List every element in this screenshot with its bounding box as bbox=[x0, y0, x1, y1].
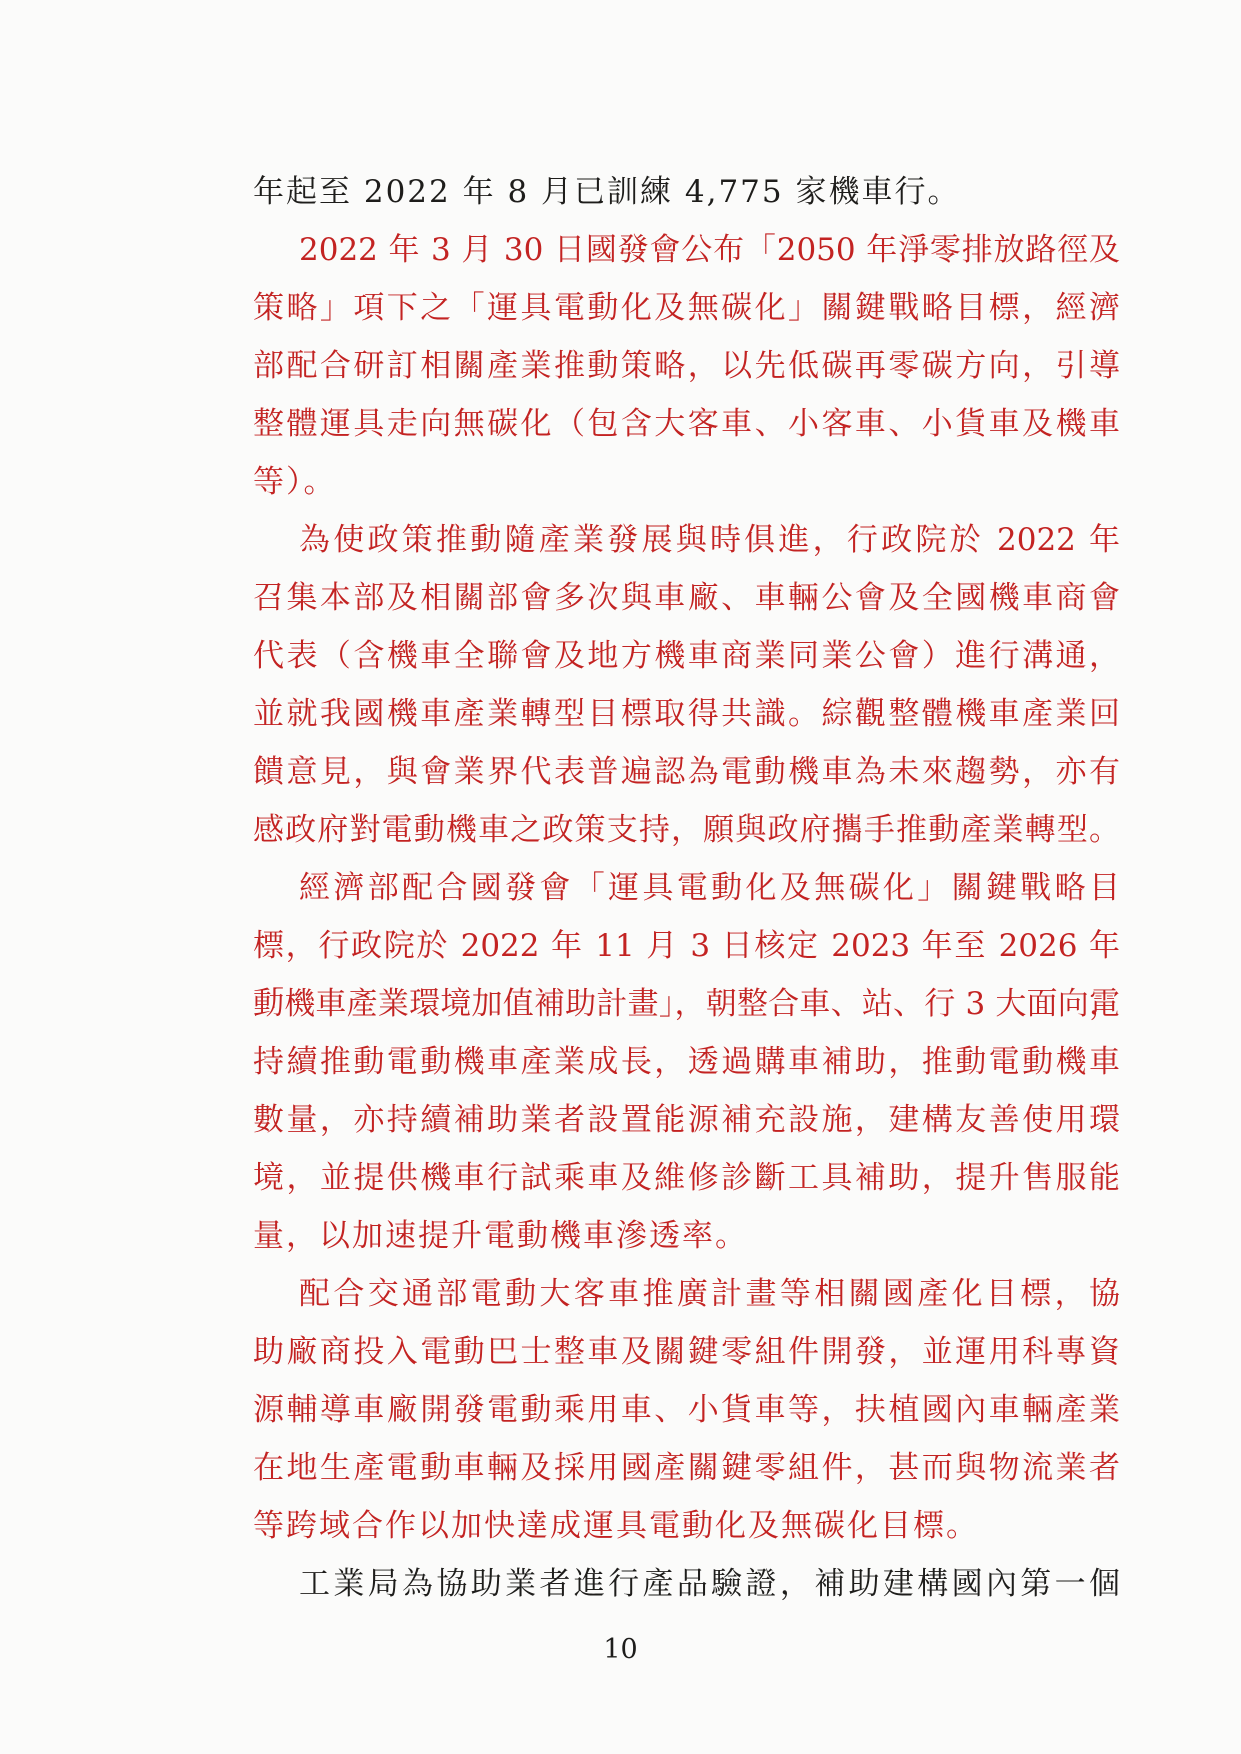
text-line: 量，以加速提升電動機車滲透率。 bbox=[253, 1207, 1120, 1265]
text-line: 整體運具走向無碳化（包含大客車、小客車、小貨車及機車 bbox=[253, 395, 1120, 453]
text-line: 助廠商投入電動巴士整車及關鍵零組件開發，並運用科專資 bbox=[253, 1323, 1120, 1381]
text-line: 等跨域合作以加快達成運具電動化及無碳化目標。 bbox=[253, 1497, 1120, 1555]
text-line: 工業局為協助業者進行產品驗證，補助建構國內第一個 bbox=[253, 1555, 1120, 1613]
document-page: 年起至 2022 年 8 月已訓練 4,775 家機車行。 2022 年 3 月… bbox=[0, 0, 1241, 1754]
text-line: 標，行政院於 2022 年 11 月 3 日核定 2023 年至 2026 年「… bbox=[253, 917, 1120, 975]
text-line: 代表（含機車全聯會及地方機車商業同業公會）進行溝通， bbox=[253, 627, 1120, 685]
text-line: 數量，亦持續補助業者設置能源補充設施，建構友善使用環 bbox=[253, 1091, 1120, 1149]
text-line: 境，並提供機車行試乘車及維修診斷工具補助，提升售服能 bbox=[253, 1149, 1120, 1207]
text-line: 配合交通部電動大客車推廣計畫等相關國產化目標，協 bbox=[253, 1265, 1120, 1323]
text-line: 在地生產電動車輛及採用國產關鍵零組件，甚而與物流業者 bbox=[253, 1439, 1120, 1497]
text-line: 部配合研訂相關產業推動策略，以先低碳再零碳方向，引導 bbox=[253, 337, 1120, 395]
page-number: 10 bbox=[0, 1633, 1241, 1667]
text-line: 持續推動電動機車產業成長，透過購車補助，推動電動機車 bbox=[253, 1033, 1120, 1091]
text-line: 源輔導車廠開發電動乘用車、小貨車等，扶植國內車輛產業 bbox=[253, 1381, 1120, 1439]
body-text: 年起至 2022 年 8 月已訓練 4,775 家機車行。 2022 年 3 月… bbox=[253, 163, 1120, 1613]
text-line: 為使政策推動隨產業發展與時俱進，行政院於 2022 年 bbox=[253, 511, 1120, 569]
text-line: 經濟部配合國發會「運具電動化及無碳化」關鍵戰略目 bbox=[253, 859, 1120, 917]
text-line: 等）。 bbox=[253, 453, 1120, 511]
text-line: 2022 年 3 月 30 日國發會公布「2050 年淨零排放路徑及 bbox=[253, 221, 1120, 279]
text-line: 並就我國機車產業轉型目標取得共識。綜觀整體機車產業回 bbox=[253, 685, 1120, 743]
text-line: 策略」項下之「運具電動化及無碳化」關鍵戰略目標，經濟 bbox=[253, 279, 1120, 337]
text-line: 召集本部及相關部會多次與車廠、車輛公會及全國機車商會 bbox=[253, 569, 1120, 627]
text-line: 饋意見，與會業界代表普遍認為電動機車為未來趨勢，亦有 bbox=[253, 743, 1120, 801]
text-line: 感政府對電動機車之政策支持，願與政府攜手推動產業轉型。 bbox=[253, 801, 1120, 859]
text-line: 動機車產業環境加值補助計畫」，朝整合車、站、行 3 大面向， bbox=[253, 975, 1120, 1033]
text-line: 年起至 2022 年 8 月已訓練 4,775 家機車行。 bbox=[253, 163, 1120, 221]
